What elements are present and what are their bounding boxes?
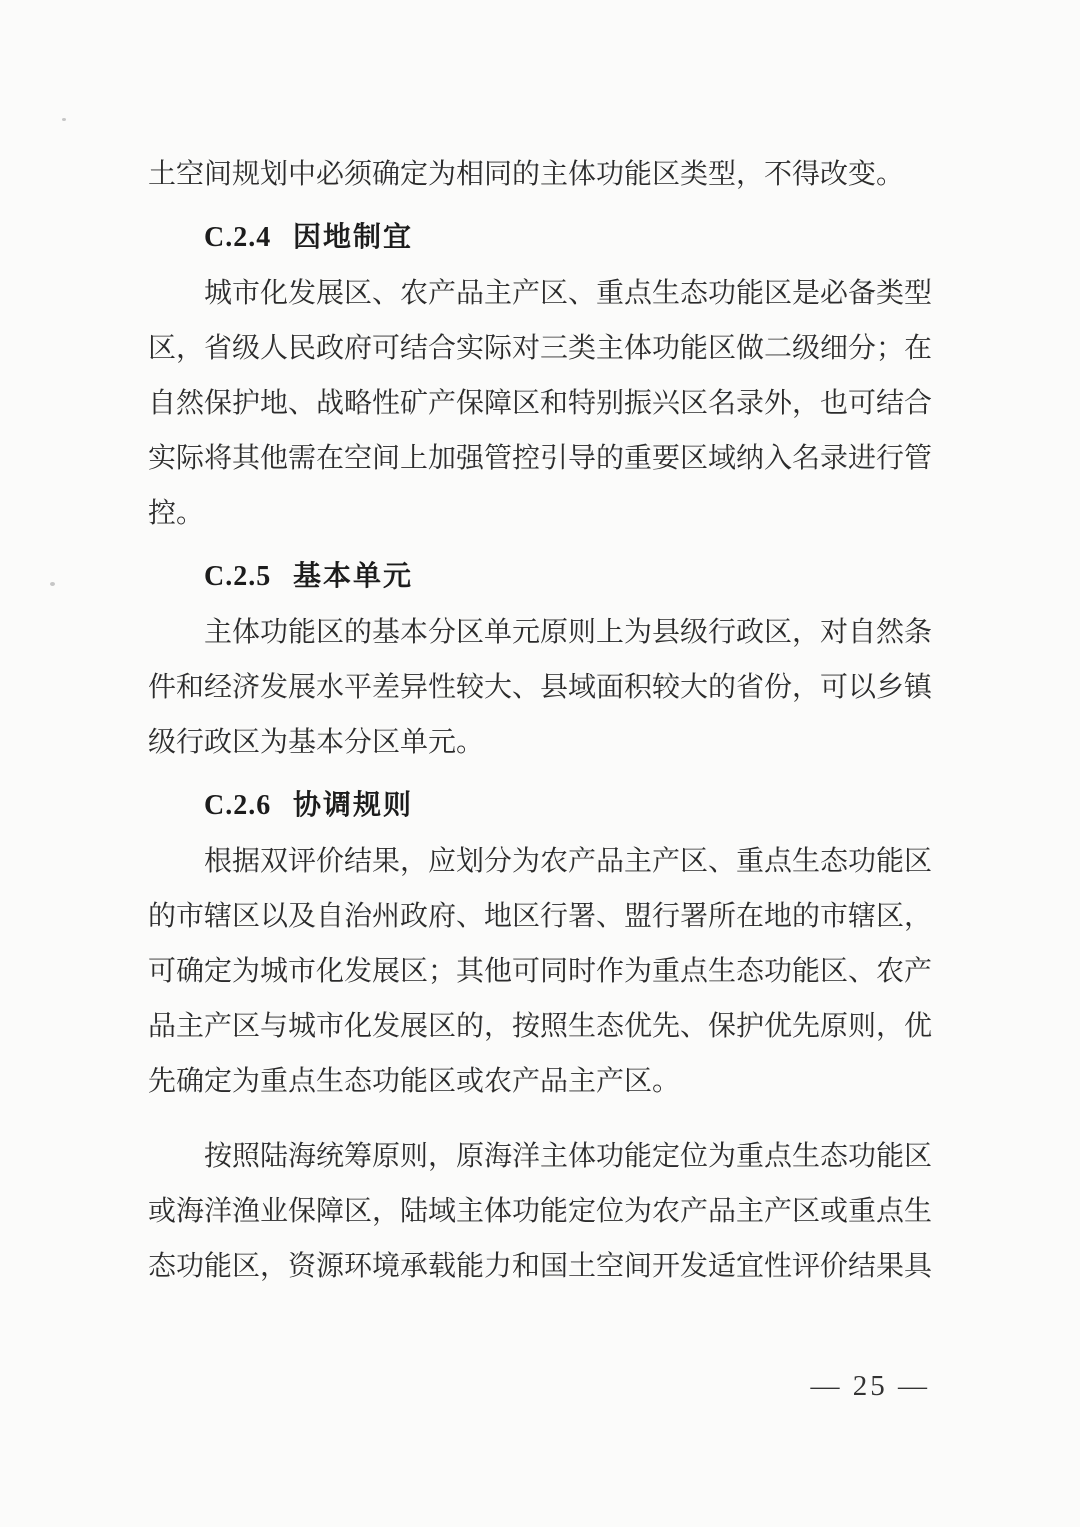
paragraph-continuation: 土空间规划中必须确定为相同的主体功能区类型，不得改变。 — [148, 146, 932, 201]
section-number: C.2.4 — [204, 222, 271, 253]
paragraph-c24-body: 城市化发展区、农产品主产区、重点生态功能区是必备类型区，省级人民政府可结合实际对… — [148, 265, 932, 540]
page-body-text: 土空间规划中必须确定为相同的主体功能区类型，不得改变。 C.2.4 因地制宜 城… — [148, 146, 932, 1293]
paragraph-c26-body-2: 按照陆海统筹原则，原海洋主体功能定位为重点生态功能区或海洋渔业保障区，陆域主体功… — [148, 1128, 932, 1293]
section-number: C.2.6 — [204, 790, 271, 821]
section-title: 协调规则 — [293, 789, 413, 820]
paragraph-c25-body: 主体功能区的基本分区单元原则上为县级行政区，对自然条件和经济发展水平差异性较大、… — [148, 604, 932, 769]
page-number: — 25 — — [811, 1366, 931, 1406]
section-heading-c24: C.2.4 因地制宜 — [148, 209, 932, 265]
scan-artifact-dot — [62, 118, 66, 121]
section-number: C.2.5 — [204, 561, 271, 592]
section-title: 因地制宜 — [293, 221, 413, 252]
document-page: 土空间规划中必须确定为相同的主体功能区类型，不得改变。 C.2.4 因地制宜 城… — [0, 0, 1080, 1527]
paragraph-c26-body-1: 根据双评价结果，应划分为农产品主产区、重点生态功能区的市辖区以及自治州政府、地区… — [148, 833, 932, 1108]
section-heading-c25: C.2.5 基本单元 — [148, 548, 932, 604]
scan-artifact-dot — [50, 582, 55, 586]
section-title: 基本单元 — [293, 560, 413, 591]
section-heading-c26: C.2.6 协调规则 — [148, 777, 932, 833]
